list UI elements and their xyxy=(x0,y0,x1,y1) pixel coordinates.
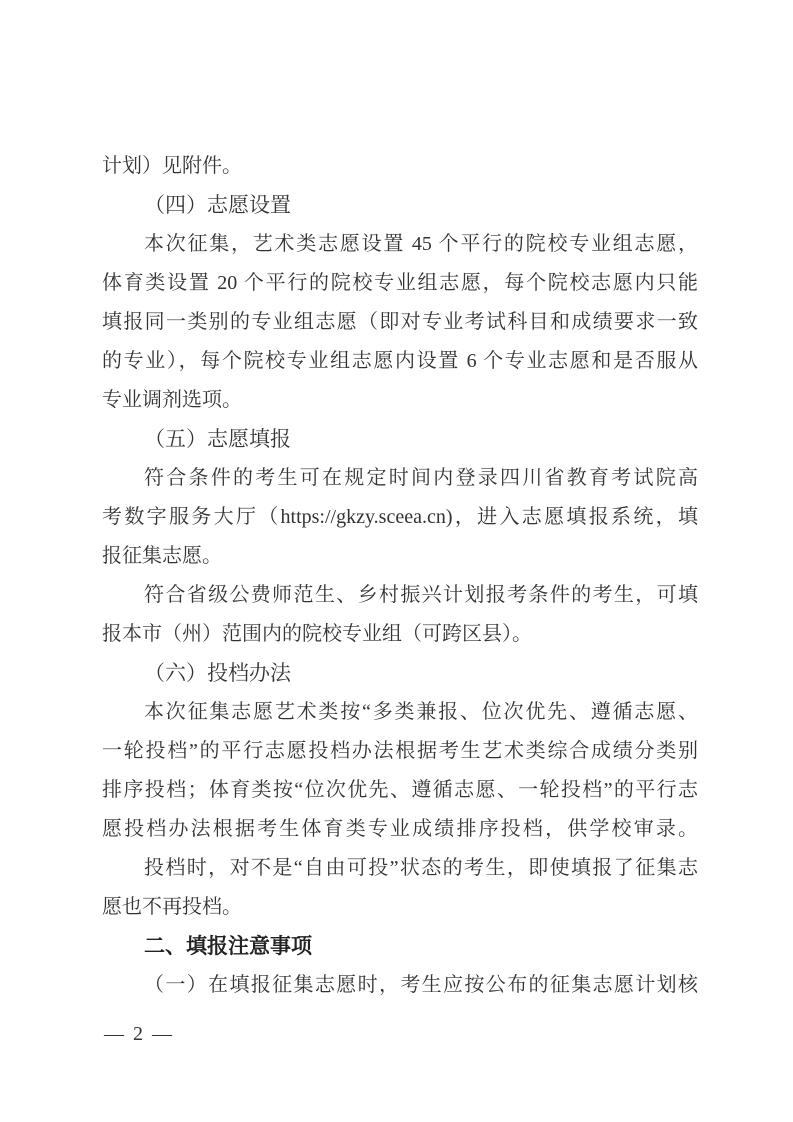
body-text-line: 体育类设置 20 个平行的院校专业组志愿，每个院校志愿内只能 xyxy=(102,264,698,303)
body-text-line: 排序投档；体育类按“位次优先、遵循志愿、一轮投档”的平行志 xyxy=(102,771,698,810)
subsection-heading-5: （五）志愿填报 xyxy=(102,420,698,459)
section-heading-2: 二、填报注意事项 xyxy=(102,927,698,966)
page-number: — 2 — xyxy=(104,1018,174,1050)
body-text-line: 填报同一类别的专业组志愿（即对专业考试科目和成绩要求一致 xyxy=(102,303,698,342)
subsection-heading-6: （六）投档办法 xyxy=(102,654,698,693)
document-page: 计划）见附件。 （四）志愿设置 本次征集，艺术类志愿设置 45 个平行的院校专业… xyxy=(0,0,793,1122)
body-text-line: 符合省级公费师范生、乡村振兴计划报考条件的考生，可填 xyxy=(102,576,698,615)
body-text-line: 计划）见附件。 xyxy=(102,147,698,186)
body-text-line: （一）在填报征集志愿时，考生应按公布的征集志愿计划核 xyxy=(102,966,698,1005)
body-text-line: 的专业），每个院校专业组志愿内设置 6 个专业志愿和是否服从 xyxy=(102,342,698,381)
body-text-line: 专业调剂选项。 xyxy=(102,381,698,420)
body-text-line: 报本市（州）范围内的院校专业组（可跨区县）。 xyxy=(102,615,698,654)
body-text-line: 本次征集，艺术类志愿设置 45 个平行的院校专业组志愿， xyxy=(102,225,698,264)
body-text-line: 愿也不再投档。 xyxy=(102,888,698,927)
subsection-heading-4: （四）志愿设置 xyxy=(102,186,698,225)
document-body: 计划）见附件。 （四）志愿设置 本次征集，艺术类志愿设置 45 个平行的院校专业… xyxy=(102,147,698,1005)
body-text-line-url: 考数字服务大厅（https://gkzy.sceea.cn)，进入志愿填报系统，… xyxy=(102,498,698,537)
body-text-line: 投档时，对不是“自由可投”状态的考生，即使填报了征集志 xyxy=(102,849,698,888)
body-text-line: 本次征集志愿艺术类按“多类兼报、位次优先、遵循志愿、 xyxy=(102,693,698,732)
body-text-line: 愿投档办法根据考生体育类专业成绩排序投档，供学校审录。 xyxy=(102,810,698,849)
body-text-line: 一轮投档”的平行志愿投档办法根据考生艺术类综合成绩分类别 xyxy=(102,732,698,771)
body-text-line: 符合条件的考生可在规定时间内登录四川省教育考试院高 xyxy=(102,459,698,498)
body-text-line: 报征集志愿。 xyxy=(102,537,698,576)
